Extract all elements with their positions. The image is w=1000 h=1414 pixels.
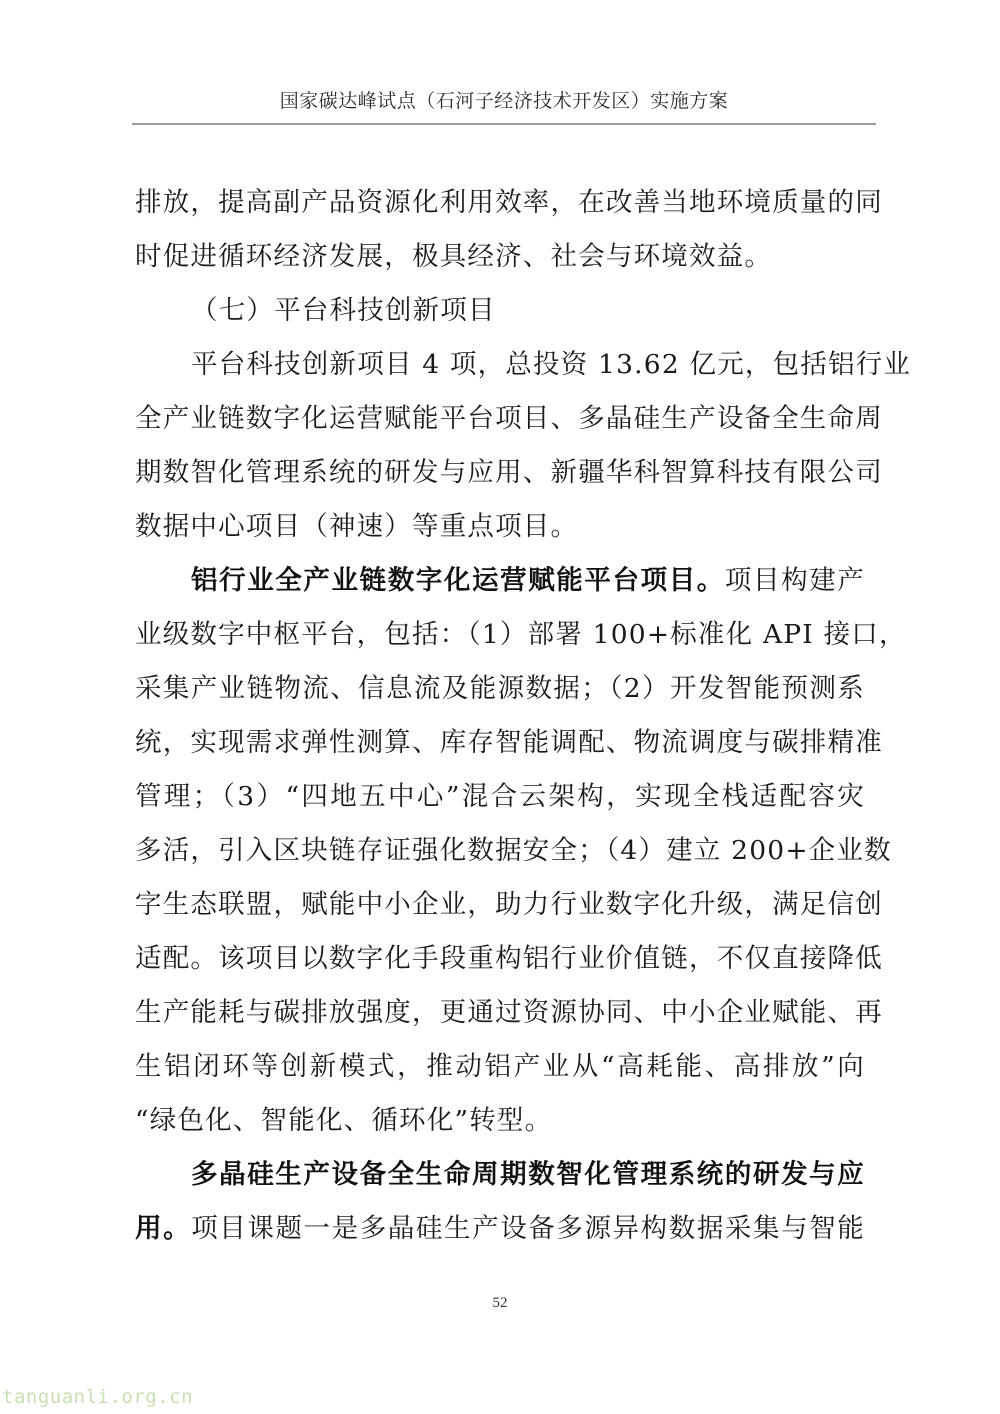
text-line: 字生态联盟，赋能中小企业，助力行业数字化升级，满足信创 [135, 878, 865, 932]
text-line: 排放，提高副产品资源化利用效率，在改善当地环境质量的同 [135, 176, 865, 230]
text-line: 适配。该项目以数字化手段重构铝行业价值链，不仅直接降低 [135, 932, 865, 986]
text-line: 生产能耗与碳排放强度，更通过资源协同、中小企业赋能、再 [135, 986, 865, 1040]
project-title-bold: 多晶硅生产设备全生命周期数智化管理系统的研发与应 [191, 1159, 865, 1190]
text-span: 项目构建产 [725, 565, 865, 596]
text-line: 生铝闭环等创新模式，推动铝产业从“高耗能、高排放”向 [135, 1040, 865, 1094]
text-line: 全产业链数字化运营赋能平台项目、多晶硅生产设备全生命周 [135, 392, 865, 446]
page-header-title: 国家碳达峰试点（石河子经济技术开发区）实施方案 [132, 88, 876, 114]
text-line: 时促进循环经济发展，极具经济、社会与环境效益。 [135, 230, 865, 284]
text-line: 期数智化管理系统的研发与应用、新疆华科智算科技有限公司 [135, 446, 865, 500]
text-line: 多活，引入区块链存证强化数据安全；（4）建立 200+企业数 [135, 824, 865, 878]
watermark: tanguanli.org.cn [2, 1386, 193, 1408]
text-line: 统，实现需求弹性测算、库存智能调配、物流调度与碳排精准 [135, 716, 865, 770]
text-line: 采集产业链物流、信息流及能源数据；（2）开发智能预测系 [135, 662, 865, 716]
section-heading: （七）平台科技创新项目 [135, 284, 865, 338]
document-body: 排放，提高副产品资源化利用效率，在改善当地环境质量的同 时促进循环经济发展，极具… [135, 176, 865, 1256]
project-title-bold: 用。 [135, 1213, 191, 1244]
project-title-bold: 铝行业全产业链数字化运营赋能平台项目。 [191, 565, 725, 596]
text-line: 平台科技创新项目 4 项，总投资 13.62 亿元，包括铝行业 [135, 338, 865, 392]
text-line: 铝行业全产业链数字化运营赋能平台项目。项目构建产 [135, 554, 865, 608]
header-divider [132, 123, 876, 125]
text-line: 业级数字中枢平台，包括：（1）部署 100+标准化 API 接口， [135, 608, 865, 662]
text-line: “绿色化、智能化、循环化”转型。 [135, 1094, 865, 1148]
text-line: 多晶硅生产设备全生命周期数智化管理系统的研发与应 [135, 1148, 865, 1202]
page-number: 52 [0, 1295, 1000, 1312]
text-span: 项目课题一是多晶硅生产设备多源异构数据采集与智能 [191, 1213, 865, 1244]
text-line: 用。项目课题一是多晶硅生产设备多源异构数据采集与智能 [135, 1202, 865, 1256]
text-line: 管理；（3）“四地五中心”混合云架构，实现全栈适配容灾 [135, 770, 865, 824]
text-line: 数据中心项目（神速）等重点项目。 [135, 500, 865, 554]
